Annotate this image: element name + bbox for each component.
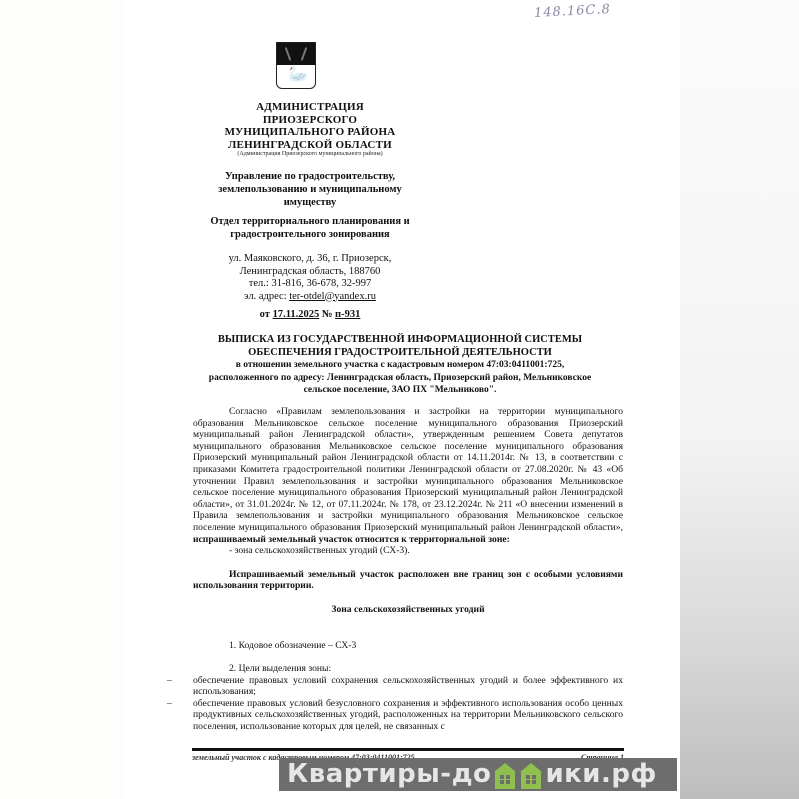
scan-shadow (680, 0, 799, 799)
list-item: –обеспечение правовых условий безусловно… (193, 698, 623, 733)
address-block: ул. Маяковского, д. 36, г. Приозерск, Ле… (160, 253, 460, 303)
footer-rule (192, 748, 624, 751)
org-short-name: (Администрация Приозерского муниципально… (160, 150, 460, 158)
document-number: от 17.11.2025 № п-931 (160, 309, 460, 320)
document-title: ВЫПИСКА ИЗ ГОСУДАРСТВЕННОЙ ИНФОРМАЦИОННО… (190, 334, 610, 397)
email-link[interactable]: ter-otdel@yandex.ru (289, 291, 376, 302)
coat-of-arms-icon: 🦢 (276, 42, 316, 89)
code-item: 1. Кодовое обозначение – СХ-3 (193, 640, 623, 652)
department-name: Управление по градостроительству, землеп… (160, 170, 460, 209)
watermark: Квартиры-до ики.рф (279, 758, 677, 791)
zone-item: - зона сельскохозяйственных угодий (СХ-3… (193, 545, 623, 557)
org-name: АДМИНИСТРАЦИЯ ПРИОЗЕРСКОГО МУНИЦИПАЛЬНОГ… (160, 101, 460, 151)
goals-heading: 2. Цели выделения зоны: (193, 663, 623, 675)
restriction-note: Испрашиваемый земельный участок располож… (193, 569, 623, 592)
division-name: Отдел территориального планирования и гр… (160, 215, 460, 241)
zone-heading: Зона сельскохозяйственных угодий (193, 604, 623, 616)
list-item: –обеспечение правовых условий сохранения… (193, 675, 623, 698)
document-body: Согласно «Правилам землепользования и за… (193, 406, 623, 733)
house-logo-icon (492, 761, 544, 789)
